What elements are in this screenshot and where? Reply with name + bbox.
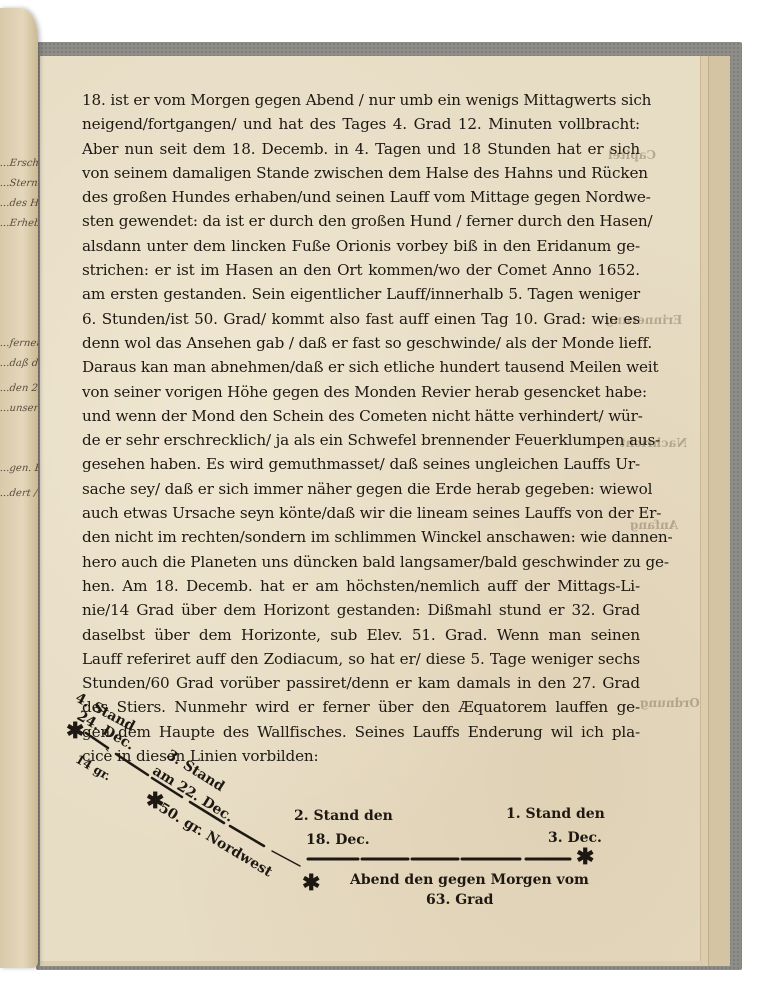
text-line: daselbst über dem Horizonte, sub Elev. 5… [82, 623, 640, 647]
text-line: Daraus kan man abnehmen/daß er sich etli… [82, 355, 640, 379]
text-line: hero auch die Planeten uns düncken bald … [82, 550, 640, 574]
show-through-mark: Ordnung [640, 696, 700, 710]
facing-page-text: ...daß der [0, 358, 38, 369]
text-line: sache sey/ daß er sich immer näher gegen… [82, 477, 640, 501]
facing-page-text: ...dert / daß [0, 488, 38, 499]
text-line: von seinem damaligen Stande zwischen dem… [82, 161, 640, 185]
facing-page-text: ...den 22. D. [0, 383, 38, 394]
text-line: hen. Am 18. Decemb. hat er am höchsten/n… [82, 574, 640, 598]
text-line: Lauff referiret auff den Zodiacum, so ha… [82, 647, 640, 671]
text-line: 18. ist er vom Morgen gegen Abend / nur … [82, 88, 640, 112]
text-line: nie/14 Grad über dem Horizont gestanden:… [82, 598, 640, 622]
text-line: den nicht im rechten/sondern im schlimme… [82, 525, 640, 549]
text-line: und wenn der Mond den Schein des Cometen… [82, 404, 640, 428]
facing-page-curl: ...Erscheinung ...Sternbild ...des Hahne… [0, 8, 38, 968]
text-line: alsdann unter dem lincken Fuße Orionis v… [82, 234, 640, 258]
text-line: am ersten gestanden. Sein eigentlicher L… [82, 282, 640, 306]
text-line: gesehen haben. Es wird gemuthmasset/ daß… [82, 452, 640, 476]
text-line: auch etwas Ursache seyn könte/daß wir di… [82, 501, 640, 525]
body-text: 18. ist er vom Morgen gegen Abend / nur … [82, 88, 640, 768]
text-line: neigend/fortgangen/ und hat des Tages 4.… [82, 112, 640, 136]
text-line: 6. Stunden/ist 50. Grad/ kommt also fast… [82, 307, 640, 331]
facing-page-text: ...Erhebung [0, 218, 38, 229]
text-line: de er sehr erschrecklich/ ja als ein Sch… [82, 428, 640, 452]
text-line: Aber nun seit dem 18. Decemb. in 4. Tage… [82, 137, 640, 161]
facing-page-text: ...Sternbild [0, 178, 38, 189]
text-line: Stunden/60 Grad vorüber passiret/denn er… [82, 671, 640, 695]
text-line: gen dem Haupte des Wallfisches. Seines L… [82, 720, 640, 744]
text-line: des Stiers. Nunmehr wird er ferner über … [82, 695, 640, 719]
text-line: strichen: er ist im Hasen an den Ort kom… [82, 258, 640, 282]
facing-page-text: ...unsern [0, 403, 38, 414]
text-line: sten gewendet: da ist er durch den große… [82, 209, 640, 233]
text-line: des großen Hundes erhaben/und seinen Lau… [82, 185, 640, 209]
facing-page-text: ...des Hahnes [0, 198, 38, 209]
facing-page-text: ...ferner [0, 338, 38, 349]
facing-page-text: ...Erscheinung [0, 158, 38, 169]
text-line: von seiner vorigen Höhe gegen des Monden… [82, 380, 640, 404]
text-line: cicè in diesen Linien vorbilden: [82, 744, 640, 768]
text-line: denn wol das Ansehen gab / daß er fast s… [82, 331, 640, 355]
facing-page-text: ...gen. Er [0, 463, 38, 474]
